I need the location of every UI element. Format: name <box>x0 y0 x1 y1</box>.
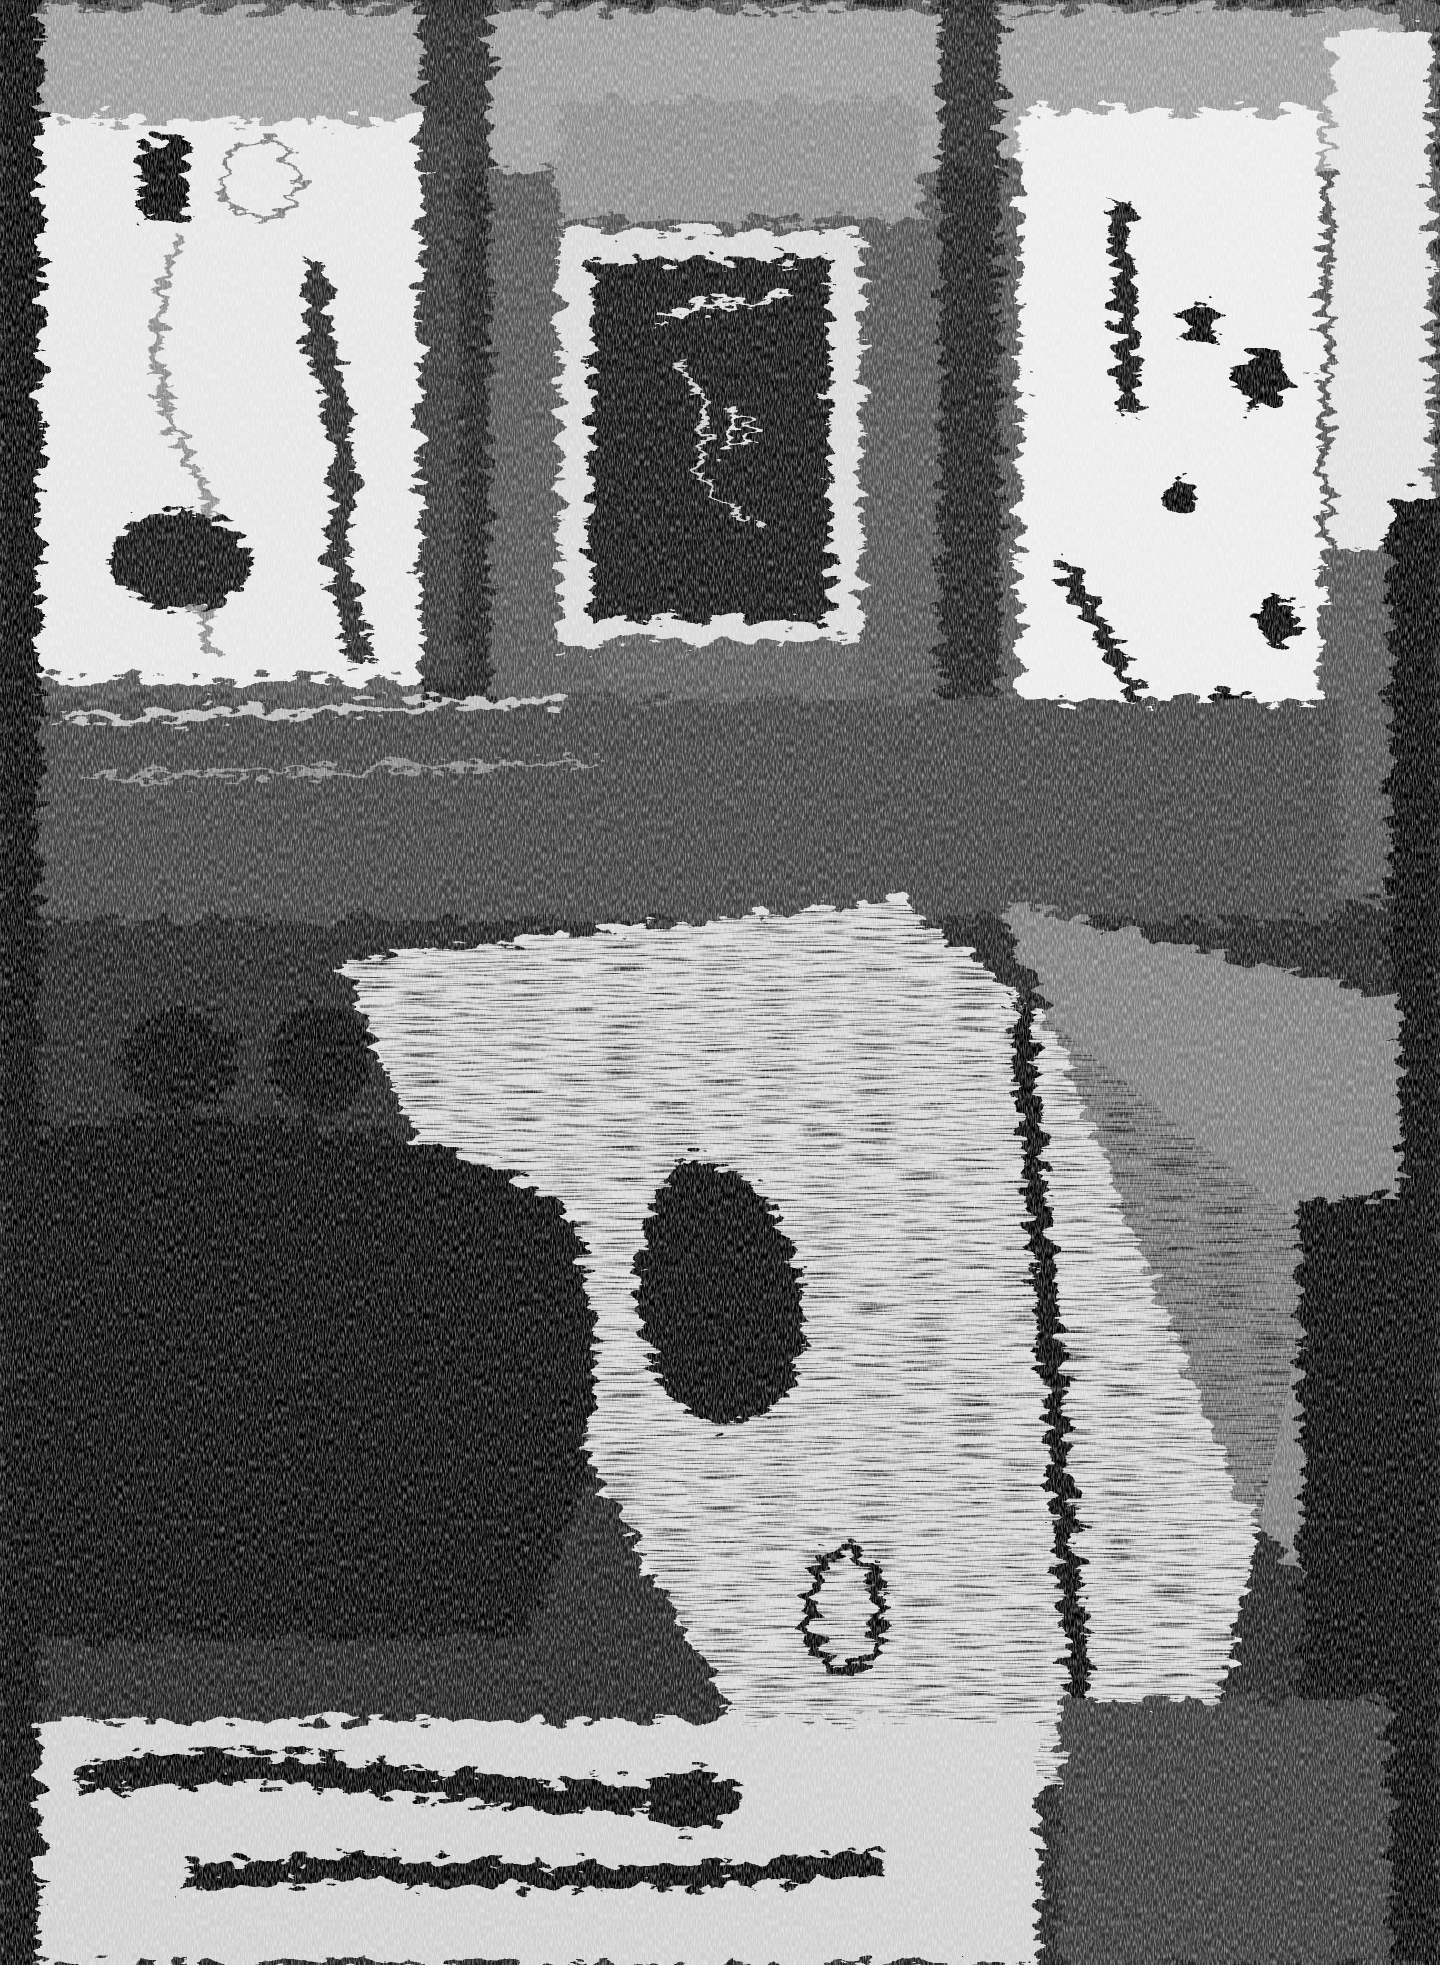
ink-painting: Abstract black-and-white ink painting of… <box>0 0 1440 1965</box>
painting-svg <box>0 0 1440 1965</box>
